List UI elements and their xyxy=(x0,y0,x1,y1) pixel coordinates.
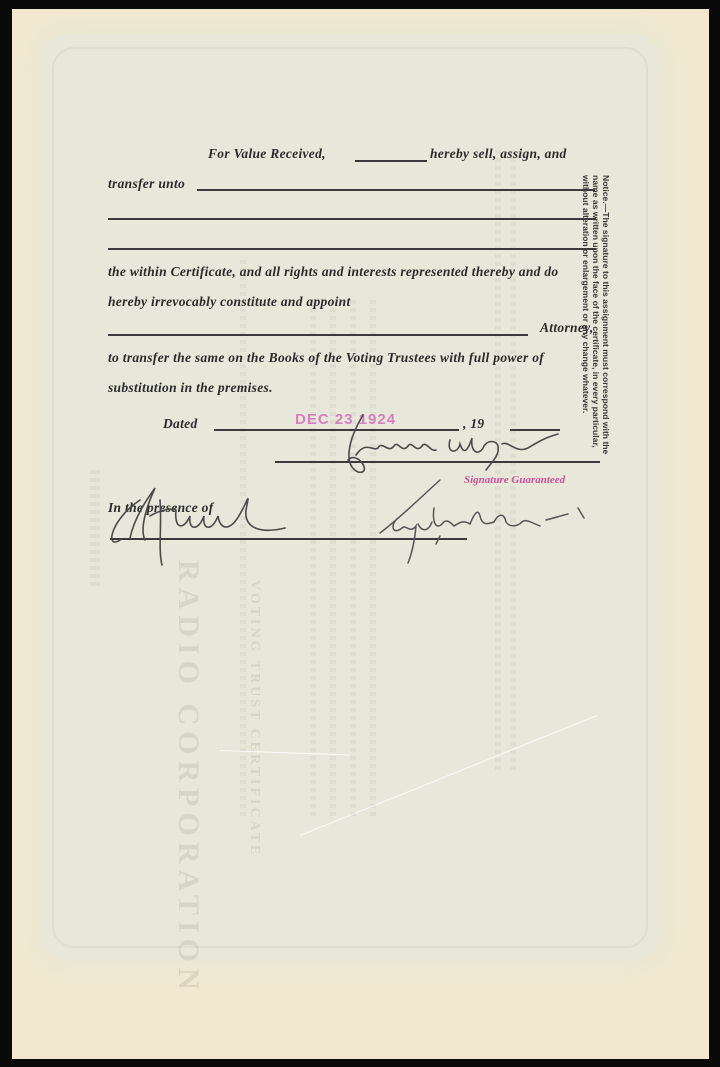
blank-line-transferee[interactable] xyxy=(197,189,595,191)
blank-line-assignor[interactable] xyxy=(355,160,427,162)
transfer-unto-label: transfer unto xyxy=(108,176,185,192)
notice-line-2: name as written upon the face of the cer… xyxy=(591,175,601,520)
ghost-column xyxy=(350,300,356,820)
ghost-serial xyxy=(90,470,100,590)
transfer-books-text: to transfer the same on the Books of the… xyxy=(108,350,544,366)
certificate-rights-text: the within Certificate, and all rights a… xyxy=(108,264,558,280)
witness-signature xyxy=(100,470,300,575)
blank-line-transferee-3[interactable] xyxy=(108,248,596,250)
substitution-text: substitution in the premises. xyxy=(108,380,273,396)
ghost-text-certificate: VOTING TRUST CERTIFICATE xyxy=(246,580,262,857)
notice-line-3: without alteration or enlargement or any… xyxy=(581,175,591,520)
blank-line-transferee-2[interactable] xyxy=(108,218,596,220)
assignor-signature xyxy=(318,410,578,485)
guarantor-signature xyxy=(370,478,600,573)
appoint-text: hereby irrevocably constitute and appoin… xyxy=(108,294,351,310)
ghost-column xyxy=(330,300,336,820)
for-value-received-label: For Value Received, xyxy=(208,146,326,162)
blank-line-attorney[interactable] xyxy=(108,334,528,336)
ghost-text-company: RADIO CORPORATION xyxy=(171,560,205,996)
dated-label: Dated xyxy=(163,416,198,432)
notice-line-1: Notice.—The signature to this assignment… xyxy=(601,175,611,520)
sell-assign-label: hereby sell, assign, and xyxy=(430,146,567,162)
ghost-column xyxy=(310,300,316,820)
signature-notice: Notice.—The signature to this assignment… xyxy=(581,175,611,520)
